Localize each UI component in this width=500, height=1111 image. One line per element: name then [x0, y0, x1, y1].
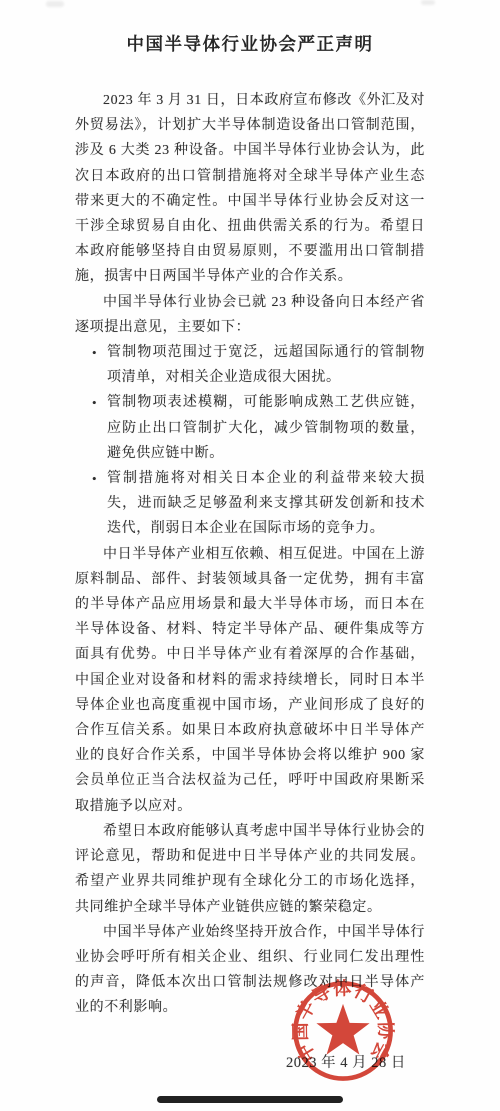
list-item: 管制物项范围过于宽泛，远超国际通行的管制物项清单，对相关企业造成很大困扰。 — [107, 340, 425, 390]
statement-paragraph-4: 希望日本政府能够认真考虑中国半导体行业协会的评论意见，帮助和促进中日半导体产业的… — [75, 819, 425, 920]
statement-paragraph-2: 中国半导体行业协会已就 23 种设备向日本经产省逐项提出意见，主要如下： — [75, 290, 425, 340]
scan-artifact — [46, 1, 64, 7]
official-seal: 中国半导体行业协会 — [287, 975, 399, 1087]
home-indicator-bar[interactable] — [157, 1096, 343, 1103]
objection-list: 管制物项范围过于宽泛，远超国际通行的管制物项清单，对相关企业造成很大困扰。 管制… — [75, 340, 425, 542]
statement-paragraph-3: 中日半导体产业相互依赖、相互促进。中国在上游原料制品、部件、封装领域具备一定优势… — [75, 542, 425, 819]
statement-paragraph-1: 2023 年 3 月 31 日，日本政府宣布修改《外汇及对外贸易法》，计划扩大半… — [75, 88, 425, 290]
list-item: 管制物项表述模糊，可能影响成熟工艺供应链，应防止出口管制扩大化，减少管制物项的数… — [107, 390, 425, 466]
document-title: 中国半导体行业协会严正声明 — [0, 0, 500, 56]
list-item: 管制措施将对相关日本企业的利益带来较大损失，进而缺乏足够盈利来支撑其研发创新和技… — [107, 466, 425, 542]
document-body: 2023 年 3 月 31 日，日本政府宣布修改《外汇及对外贸易法》，计划扩大半… — [75, 88, 425, 1021]
document-page: 中国半导体行业协会严正声明 2023 年 3 月 31 日，日本政府宣布修改《外… — [0, 0, 500, 1111]
star-icon — [316, 1004, 369, 1055]
scan-artifact — [421, 0, 435, 5]
